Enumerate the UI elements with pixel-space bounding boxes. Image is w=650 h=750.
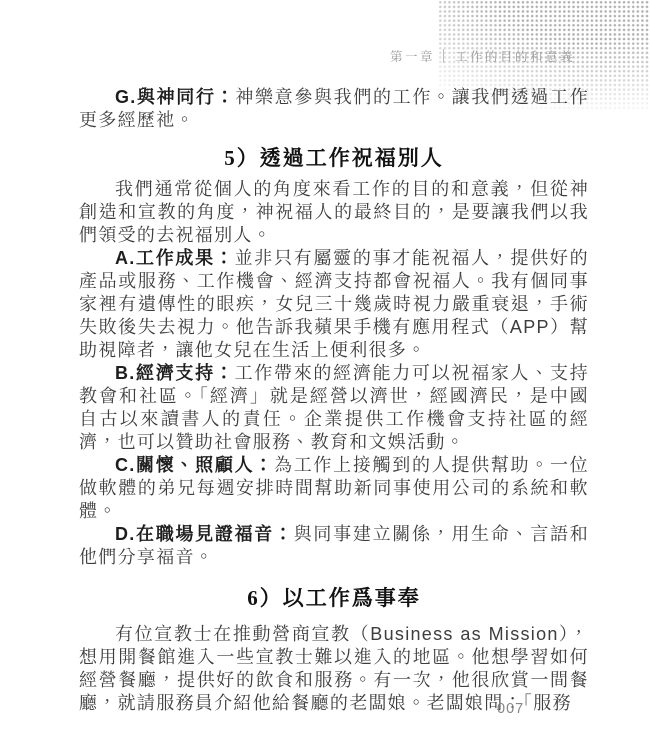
paragraph-section5-b: B.經濟支持：工作帶來的經濟能力可以祝福家人、支持教會和社區。「經濟」就是經營以… <box>79 362 589 454</box>
paragraph-lead: D.在職場見證福音： <box>115 524 294 544</box>
paragraph-intro-g: G.與神同行：神樂意參與我們的工作。讓我們透過工作更多經歷祂。 <box>79 86 589 132</box>
paragraph-text: 有位宣教士在推動營商宣教（Business as Mission），想用開餐館進… <box>79 624 589 713</box>
section-heading-5: 5）透過工作祝福別人 <box>79 145 589 171</box>
paragraph-lead: A.工作成果： <box>115 248 235 268</box>
paragraph-section5-c: C.關懷、照顧人：為工作上接觸到的人提供幫助。一位做軟體的弟兄每週安排時間幫助新… <box>79 454 589 523</box>
paragraph-text: 我們通常從個人的角度來看工作的目的和意義，但從神創造和宣教的角度，神祝福人的最終… <box>79 179 589 245</box>
paragraph-lead: C.關懷、照顧人： <box>115 455 274 475</box>
running-head-divider <box>443 49 444 63</box>
paragraph-lead: B.經濟支持： <box>115 363 235 383</box>
book-page: 第一章 工作的目的和意義 G.與神同行：神樂意參與我們的工作。讓我們透過工作更多… <box>0 0 650 750</box>
running-head-title: 工作的目的和意義 <box>455 47 575 65</box>
paragraph-section5-a: A.工作成果：並非只有屬靈的事才能祝福人，提供好的產品或服務、工作機會、經濟支持… <box>79 247 589 362</box>
running-head: 第一章 工作的目的和意義 <box>390 47 575 65</box>
paragraph-section5-0: 我們通常從個人的角度來看工作的目的和意義，但從神創造和宣教的角度，神祝福人的最終… <box>79 178 589 247</box>
paragraph-section5-d: D.在職場見證福音：與同事建立關係，用生命、言語和他們分享福音。 <box>79 523 589 569</box>
running-head-chapter: 第一章 <box>390 47 435 65</box>
paragraph-lead: G.與神同行： <box>115 87 235 107</box>
body-text-column: G.與神同行：神樂意參與我們的工作。讓我們透過工作更多經歷祂。 5）透過工作祝福… <box>79 86 589 715</box>
page-number: 007 <box>497 701 524 717</box>
section-heading-6: 6）以工作爲事奉 <box>79 585 589 611</box>
